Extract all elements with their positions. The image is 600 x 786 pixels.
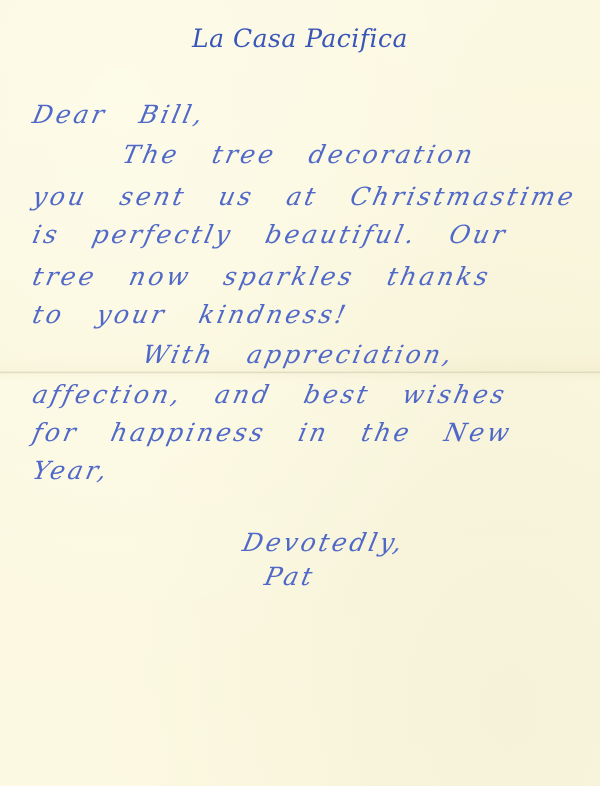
body-line: The tree decoration	[120, 140, 478, 169]
body-line: you sent us at Christmastime	[30, 182, 579, 211]
signature: Pat	[262, 562, 318, 591]
body-line: With appreciation,	[140, 340, 457, 369]
letter-page: La Casa Pacifica Dear Bill, The tree dec…	[0, 0, 600, 786]
letterhead: La Casa Pacifica	[0, 24, 600, 53]
body-line: Year,	[30, 456, 112, 485]
paper-fold-line	[0, 371, 600, 374]
closing: Devotedly,	[240, 528, 408, 557]
body-line: to your kindness!	[30, 300, 351, 329]
body-line: affection, and best wishes	[30, 380, 510, 409]
body-line: tree now sparkles thanks	[30, 262, 494, 291]
salutation: Dear Bill,	[30, 100, 208, 129]
body-line: is perfectly beautiful. Our	[30, 220, 510, 249]
body-line: for happiness in the New	[30, 418, 515, 447]
